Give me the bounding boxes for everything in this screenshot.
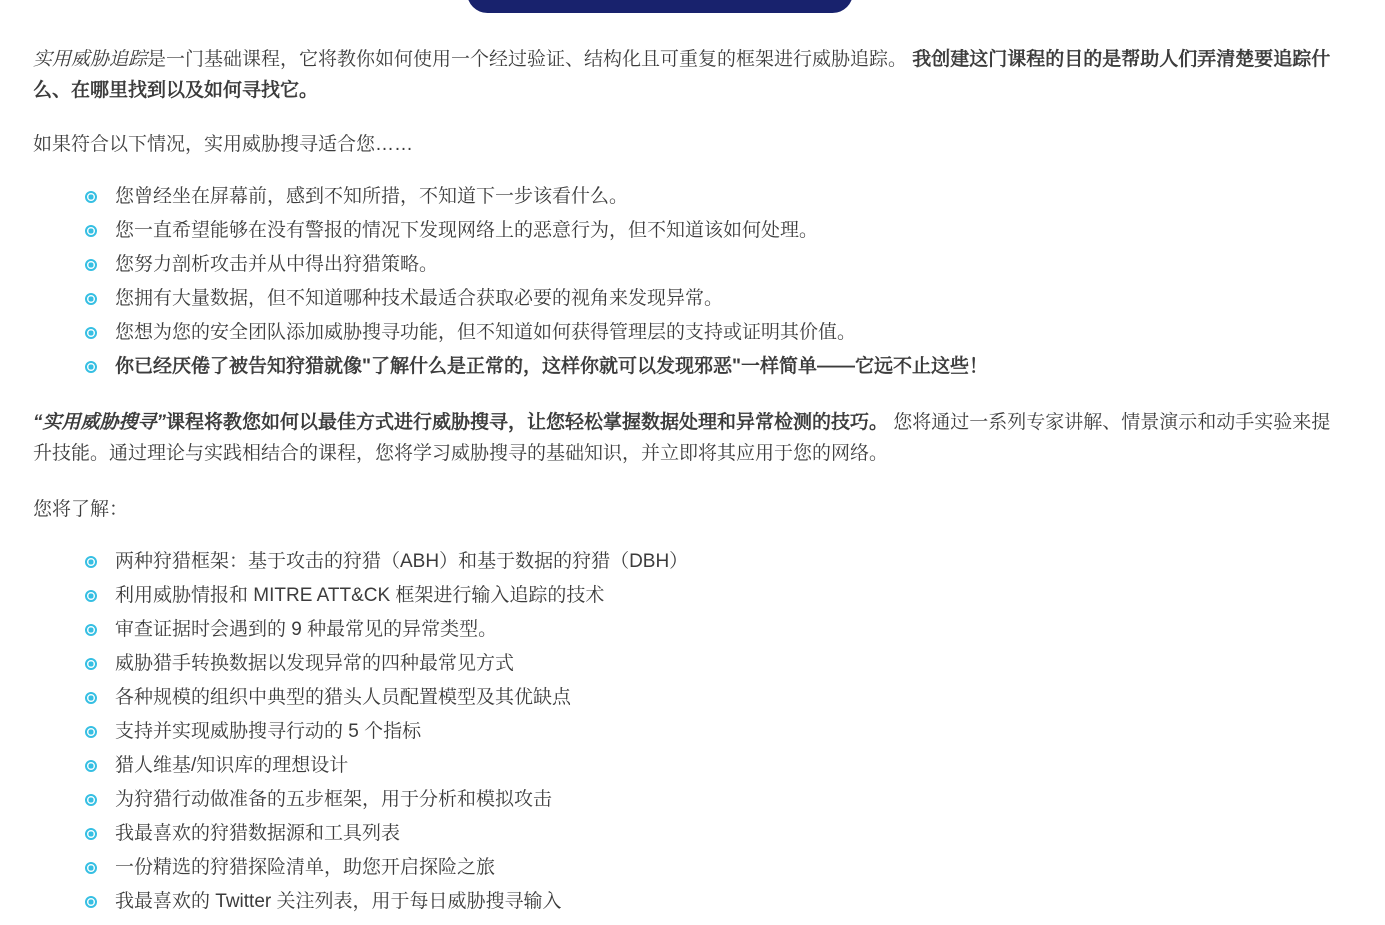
- intro-regular-text: 是一门基础课程，它将教你如何使用一个经过验证、结构化且可重复的框架进行威胁追踪。: [147, 49, 907, 70]
- list-item-text: 我最喜欢的 Twitter 关注列表，用于每日威胁搜寻输入: [115, 891, 562, 913]
- list-item-text: 您想为您的安全团队添加威胁搜寻功能，但不知道如何获得管理层的支持或证明其价值。: [115, 322, 856, 344]
- learn-list: 两种狩猎框架：基于攻击的狩猎（ABH）和基于数据的狩猎（DBH） 利用威胁情报和…: [33, 551, 1345, 913]
- list-item-text: 一份精选的狩猎探险清单，助您开启探险之旅: [115, 857, 495, 879]
- course-description: 实用威胁追踪是一门基础课程，它将教你如何使用一个经过验证、结构化且可重复的框架进…: [0, 0, 1385, 913]
- list-item-text: 你已经厌倦了被告知狩猎就像"了解什么是正常的，这样你就可以发现邪恶"一样简单——…: [115, 356, 988, 378]
- list-item-text: 审查证据时会遇到的 9 种最常见的异常类型。: [115, 619, 497, 641]
- target-bullet-icon: [85, 760, 97, 772]
- target-bullet-icon: [85, 658, 97, 670]
- list-item-text: 利用威胁情报和 MITRE ATT&CK 框架进行输入追踪的技术: [115, 585, 604, 607]
- cta-button-partial[interactable]: [467, 0, 853, 13]
- learn-heading: 您将了解：: [33, 494, 1345, 525]
- target-bullet-icon: [85, 828, 97, 840]
- list-item: 您拥有大量数据，但不知道哪种技术最适合获取必要的视角来发现异常。: [85, 288, 1345, 310]
- target-bullet-icon: [85, 692, 97, 704]
- target-bullet-icon: [85, 259, 97, 271]
- target-bullet-icon: [85, 862, 97, 874]
- list-item-text: 猎人维基/知识库的理想设计: [115, 755, 348, 777]
- list-item-text: 您一直希望能够在没有警报的情况下发现网络上的恶意行为，但不知道该如何处理。: [115, 220, 818, 242]
- course-title-italic: 实用威胁追踪: [33, 49, 147, 70]
- intro-paragraph: 实用威胁追踪是一门基础课程，它将教你如何使用一个经过验证、结构化且可重复的框架进…: [33, 44, 1345, 106]
- target-bullet-icon: [85, 794, 97, 806]
- list-item-emphasized: 你已经厌倦了被告知狩猎就像"了解什么是正常的，这样你就可以发现邪恶"一样简单——…: [85, 356, 1345, 378]
- target-bullet-icon: [85, 293, 97, 305]
- fit-list: 您曾经坐在屏幕前，感到不知所措，不知道下一步该看什么。 您一直希望能够在没有警报…: [33, 186, 1345, 378]
- list-item: 猎人维基/知识库的理想设计: [85, 755, 1345, 777]
- list-item: 支持并实现威胁搜寻行动的 5 个指标: [85, 721, 1345, 743]
- list-item: 两种狩猎框架：基于攻击的狩猎（ABH）和基于数据的狩猎（DBH）: [85, 551, 1345, 573]
- list-item-text: 我最喜欢的狩猎数据源和工具列表: [115, 823, 400, 845]
- list-item-text: 您努力剖析攻击并从中得出狩猎策略。: [115, 254, 438, 276]
- list-item-text: 您曾经坐在屏幕前，感到不知所措，不知道下一步该看什么。: [115, 186, 628, 208]
- list-item: 为狩猎行动做准备的五步框架，用于分析和模拟攻击: [85, 789, 1345, 811]
- list-item: 您一直希望能够在没有警报的情况下发现网络上的恶意行为，但不知道该如何处理。: [85, 220, 1345, 242]
- course-summary-paragraph: “实用威胁搜寻”课程将教您如何以最佳方式进行威胁搜寻，让您轻松掌握数据处理和异常…: [33, 407, 1345, 469]
- target-bullet-icon: [85, 726, 97, 738]
- list-item: 利用威胁情报和 MITRE ATT&CK 框架进行输入追踪的技术: [85, 585, 1345, 607]
- target-bullet-icon: [85, 191, 97, 203]
- target-bullet-icon: [85, 590, 97, 602]
- course-bold-text: 课程将教您如何以最佳方式进行威胁搜寻，让您轻松掌握数据处理和异常检测的技巧。: [166, 412, 888, 433]
- target-bullet-icon: [85, 556, 97, 568]
- list-item-text: 您拥有大量数据，但不知道哪种技术最适合获取必要的视角来发现异常。: [115, 288, 723, 310]
- target-bullet-icon: [85, 361, 97, 373]
- list-item-text: 威胁猎手转换数据以发现异常的四种最常见方式: [115, 653, 514, 675]
- list-item: 审查证据时会遇到的 9 种最常见的异常类型。: [85, 619, 1345, 641]
- target-bullet-icon: [85, 225, 97, 237]
- list-item: 威胁猎手转换数据以发现异常的四种最常见方式: [85, 653, 1345, 675]
- list-item-text: 各种规模的组织中典型的猎头人员配置模型及其优缺点: [115, 687, 571, 709]
- list-item: 您想为您的安全团队添加威胁搜寻功能，但不知道如何获得管理层的支持或证明其价值。: [85, 322, 1345, 344]
- list-item-text: 两种狩猎框架：基于攻击的狩猎（ABH）和基于数据的狩猎（DBH）: [115, 551, 688, 573]
- target-bullet-icon: [85, 896, 97, 908]
- list-item: 我最喜欢的狩猎数据源和工具列表: [85, 823, 1345, 845]
- list-item: 您努力剖析攻击并从中得出狩猎策略。: [85, 254, 1345, 276]
- list-item: 我最喜欢的 Twitter 关注列表，用于每日威胁搜寻输入: [85, 891, 1345, 913]
- list-item: 各种规模的组织中典型的猎头人员配置模型及其优缺点: [85, 687, 1345, 709]
- fit-intro-line: 如果符合以下情况，实用威胁搜寻适合您……: [33, 129, 1345, 160]
- list-item: 一份精选的狩猎探险清单，助您开启探险之旅: [85, 857, 1345, 879]
- list-item-text: 为狩猎行动做准备的五步框架，用于分析和模拟攻击: [115, 789, 552, 811]
- target-bullet-icon: [85, 624, 97, 636]
- list-item: 您曾经坐在屏幕前，感到不知所措，不知道下一步该看什么。: [85, 186, 1345, 208]
- course-title-bold-italic: “实用威胁搜寻”: [33, 412, 166, 433]
- target-bullet-icon: [85, 327, 97, 339]
- list-item-text: 支持并实现威胁搜寻行动的 5 个指标: [115, 721, 421, 743]
